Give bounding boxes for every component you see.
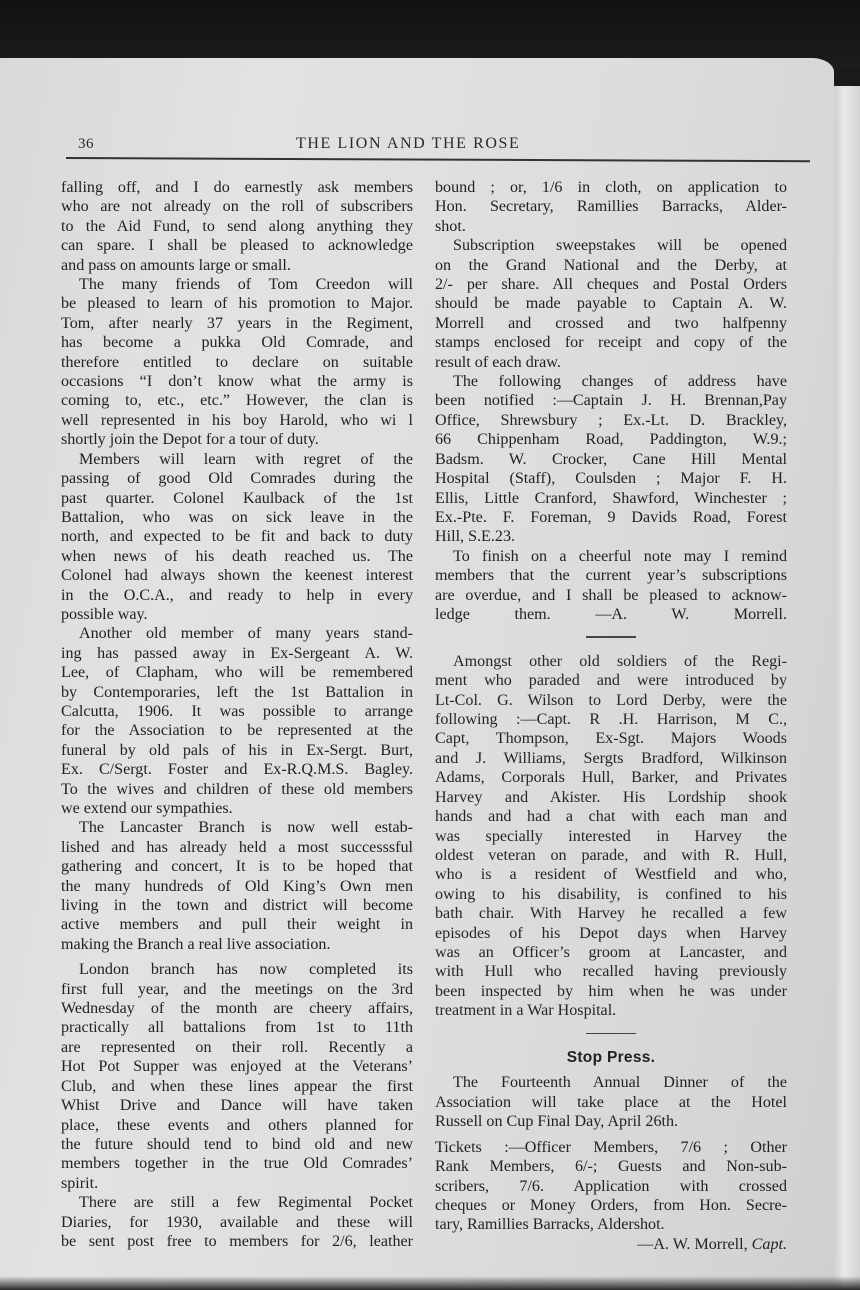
text-line: and pass on amounts large or small. — [61, 256, 413, 275]
text-line: Members will learn with regret of the — [61, 450, 413, 469]
text-line: living in the town and district will bec… — [61, 896, 413, 915]
stop-press-signature: —A. W. Morrell, Capt. — [435, 1235, 787, 1254]
text-line: stamps enclosed for receipt and copy of … — [435, 333, 787, 352]
paragraph-pocket-diaries-continued: bound ; or, 1/6 in cloth, on application… — [435, 178, 787, 236]
text-line: be pleased to learn of his promotion to … — [61, 294, 413, 313]
text-line: place, these events and others planned f… — [61, 1116, 413, 1135]
text-line: lished and has already held a most succe… — [61, 838, 413, 857]
text-line: Amongst other old soldiers of the Regi- — [435, 652, 787, 671]
text-line: The Fourteenth Annual Dinner of the — [435, 1073, 787, 1092]
text-line: Hill, S.E.23. — [435, 527, 787, 546]
text-line: episodes of his Depot days when Harvey — [435, 924, 787, 943]
signature-rank: Capt. — [752, 1236, 787, 1253]
paragraph-pocket-diaries: There are still a few Regimental Pocket … — [61, 1193, 413, 1251]
text-line: 66 Chippenham Road, Paddington, W.9.; — [435, 430, 787, 449]
signature-line: ledge them. —A. W. Morrell. — [435, 605, 787, 624]
text-line: bath chair. With Harvey he recalled a fe… — [435, 904, 787, 923]
text-line: Lt-Col. G. Wilson to Lord Derby, were th… — [435, 691, 787, 710]
text-line: Another old member of many years stand- — [61, 624, 413, 643]
paragraph-subscriptions-reminder: To finish on a cheerful note may I remin… — [435, 547, 787, 625]
paragraph-lord-derby-parade: Amongst other old soldiers of the Regi- … — [435, 652, 787, 1021]
text-line: and J. Williams, Sergts Bradford, Wilkin… — [435, 749, 787, 768]
text-line: passing of good Old Comrades during the — [61, 469, 413, 488]
text-line: owing to his disability, is confined to … — [435, 885, 787, 904]
page-number: 36 — [78, 136, 94, 153]
text-line: cheques or Money Orders, from Hon. Secre… — [435, 1196, 787, 1215]
text-line: hands and had a chat with each man and — [435, 807, 787, 826]
text-line: can spare. I shall be pleased to acknowl… — [61, 236, 413, 255]
text-line: members together in the true Old Comrade… — [61, 1154, 413, 1173]
text-line: who is a resident of Westfield and who, — [435, 865, 787, 884]
text-line: the many hundreds of Old King’s Own men — [61, 877, 413, 896]
text-line: Hon. Secretary, Ramillies Barracks, Alde… — [435, 197, 787, 216]
paragraph-london-branch: London branch has now completed its firs… — [61, 960, 413, 1193]
paragraph-tom-creedon: The many friends of Tom Creedon will be … — [61, 275, 413, 450]
text-line: Hospital (Staff), Coulsden ; Major F. H. — [435, 469, 787, 488]
text-line: north, and expected to be fit and back t… — [61, 527, 413, 546]
text-line: The following changes of address have — [435, 372, 787, 391]
text-line: who are not already on the roll of subsc… — [61, 197, 413, 216]
text-line: scribers, 7/6. Application with crossed — [435, 1177, 787, 1196]
text-line: by Contemporaries, left the 1st Battalio… — [61, 683, 413, 702]
text-line: are represented on their roll. Recently … — [61, 1038, 413, 1057]
text-line: following :—Capt. R .H. Harrison, M C., — [435, 710, 787, 729]
paragraph-lancaster-branch: The Lancaster Branch is now well estab- … — [61, 818, 413, 954]
text-line: occasions “I don’t know what the army is — [61, 372, 413, 391]
text-line: when news of his death reached us. The — [61, 547, 413, 566]
text-line: Ex.-Pte. F. Foreman, 9 Davids Road, Fore… — [435, 508, 787, 527]
text-line: Harvey and Akister. His Lordship shook — [435, 788, 787, 807]
adjacent-page-edge — [834, 86, 860, 1290]
text-line: tary, Ramillies Barracks, Aldershot. — [435, 1215, 787, 1234]
text-line: ment who paraded and were introduced by — [435, 671, 787, 690]
text-line: falling off, and I do earnestly ask memb… — [61, 178, 413, 197]
section-divider — [586, 1033, 636, 1035]
paragraph-address-changes: The following changes of address have be… — [435, 372, 787, 547]
text-line: has become a pukka Old Comrade, and — [61, 333, 413, 352]
text-line: active members and pull their weight in — [61, 915, 413, 934]
text-line: Ellis, Little Cranford, Shawford, Winche… — [435, 489, 787, 508]
text-line: gathering and concert, It is to be hoped… — [61, 857, 413, 876]
running-header: 36 THE LION AND THE ROSE — [0, 134, 834, 158]
text-line: Colonel had always shown the keenest int… — [61, 566, 413, 585]
text-line: Capt, Thompson, Ex-Sgt. Majors Woods — [435, 729, 787, 748]
text-line: To finish on a cheerful note may I remin… — [435, 547, 787, 566]
text-line: Tickets :—Officer Members, 7/6 ; Other — [435, 1138, 787, 1157]
right-column: bound ; or, 1/6 in cloth, on application… — [435, 178, 787, 1254]
stop-press-heading: Stop Press. — [435, 1048, 787, 1067]
text-line: been notified :—Captain J. H. Brennan,Pa… — [435, 391, 787, 410]
text-line: spirit. — [61, 1174, 413, 1193]
text-line: the future should tend to bind old and n… — [61, 1135, 413, 1154]
text-line: practically all battalions from 1st to 1… — [61, 1018, 413, 1037]
text-line: are overdue, and I shall be pleased to a… — [435, 586, 787, 605]
text-line: Ex. C/Sergt. Foster and Ex-R.Q.M.S. Bagl… — [61, 760, 413, 779]
section-divider — [586, 636, 636, 638]
text-line: The Lancaster Branch is now well estab- — [61, 818, 413, 837]
text-line: in the O.C.A., and ready to help in ever… — [61, 586, 413, 605]
text-line: Adams, Corporals Hull, Barker, and Priva… — [435, 768, 787, 787]
paragraph-tickets: Tickets :—Officer Members, 7/6 ; Other R… — [435, 1138, 787, 1254]
text-line: Whist Drive and Dance will have taken — [61, 1096, 413, 1115]
text-line: Office, Shrewsbury ; Ex.-Lt. D. Brackley… — [435, 411, 787, 430]
text-line: Diaries, for 1930, available and these w… — [61, 1213, 413, 1232]
text-line: Morrell and crossed and two halfpenny — [435, 314, 787, 333]
journal-title: THE LION AND THE ROSE — [296, 135, 520, 153]
text-line: Tom, after nearly 37 years in the Regime… — [61, 314, 413, 333]
paragraph-annual-dinner: The Fourteenth Annual Dinner of the Asso… — [435, 1073, 787, 1131]
text-line: London branch has now completed its — [61, 960, 413, 979]
text-line: Club, and when these lines appear the fi… — [61, 1077, 413, 1096]
text-line: been inspected by him when he was under — [435, 982, 787, 1001]
text-line: we extend our sympathies. — [61, 799, 413, 818]
text-line: therefore entitled to declare on suitabl… — [61, 353, 413, 372]
text-line: coming to, etc., etc.” However, the clan… — [61, 391, 413, 410]
text-line: Lee, of Clapham, who will be remembered — [61, 663, 413, 682]
text-line: The many friends of Tom Creedon will — [61, 275, 413, 294]
paragraph-colonel-kaulback: Members will learn with regret of the pa… — [61, 450, 413, 625]
bottom-shadow — [0, 1276, 860, 1290]
text-line: oldest veteran on parade, and with R. Hu… — [435, 846, 787, 865]
text-line: treatment in a War Hospital. — [435, 1001, 787, 1020]
text-line: possible way. — [61, 605, 413, 624]
text-line: members that the current year’s subscrip… — [435, 566, 787, 585]
text-line: Calcutta, 1906. It was possible to arran… — [61, 702, 413, 721]
text-line: be sent post free to members for 2/6, le… — [61, 1232, 413, 1251]
text-line: Subscription sweepstakes will be opened — [435, 236, 787, 255]
text-line: result of each draw. — [435, 353, 787, 372]
text-line: should be made payable to Captain A. W. — [435, 294, 787, 313]
paragraph-sergeant-lee: Another old member of many years stand- … — [61, 624, 413, 818]
text-line: Rank Members, 6/-; Guests and Non-sub- — [435, 1157, 787, 1176]
text-line: first full year, and the meetings on the… — [61, 980, 413, 999]
text-line: with Hull who recalled having previously — [435, 962, 787, 981]
signature-name: —A. W. Morrell, — [637, 1236, 751, 1253]
text-line: to the Aid Fund, to send along anything … — [61, 217, 413, 236]
paragraph-sweepstakes: Subscription sweepstakes will be opened … — [435, 236, 787, 372]
text-line: shot. — [435, 217, 787, 236]
text-line: well represented in his boy Harold, who … — [61, 411, 413, 430]
text-line: To the wives and children of these old m… — [61, 780, 413, 799]
text-line: was specially interested in Harvey the — [435, 827, 787, 846]
text-line: Hot Pot Supper was enjoyed at the Vetera… — [61, 1057, 413, 1076]
text-line: funeral by old pals of his in Ex-Sergt. … — [61, 741, 413, 760]
text-line: 2/- per share. All cheques and Postal Or… — [435, 275, 787, 294]
text-line: for the Association to be represented at… — [61, 721, 413, 740]
text-line: Association will take place at the Hotel — [435, 1093, 787, 1112]
text-line: bound ; or, 1/6 in cloth, on application… — [435, 178, 787, 197]
text-line: was an Officer’s groom at Lancaster, and — [435, 943, 787, 962]
text-line: on the Grand National and the Derby, at — [435, 256, 787, 275]
text-line: past quarter. Colonel Kaulback of the 1s… — [61, 489, 413, 508]
left-column: falling off, and I do earnestly ask memb… — [61, 178, 413, 1251]
text-line: Wednesday of the month are cheery affair… — [61, 999, 413, 1018]
text-line: There are still a few Regimental Pocket — [61, 1193, 413, 1212]
text-line: making the Branch a real live associatio… — [61, 935, 413, 954]
text-line: shortly join the Depot for a tour of dut… — [61, 430, 413, 449]
paragraph-aid-fund: falling off, and I do earnestly ask memb… — [61, 178, 413, 275]
text-line: Russell on Cup Final Day, April 26th. — [435, 1112, 787, 1131]
text-line: ing has passed away in Ex-Sergeant A. W. — [61, 644, 413, 663]
text-line: Badsm. W. Crocker, Cane Hill Mental — [435, 450, 787, 469]
text-line: Battalion, who was on sick leave in the — [61, 508, 413, 527]
